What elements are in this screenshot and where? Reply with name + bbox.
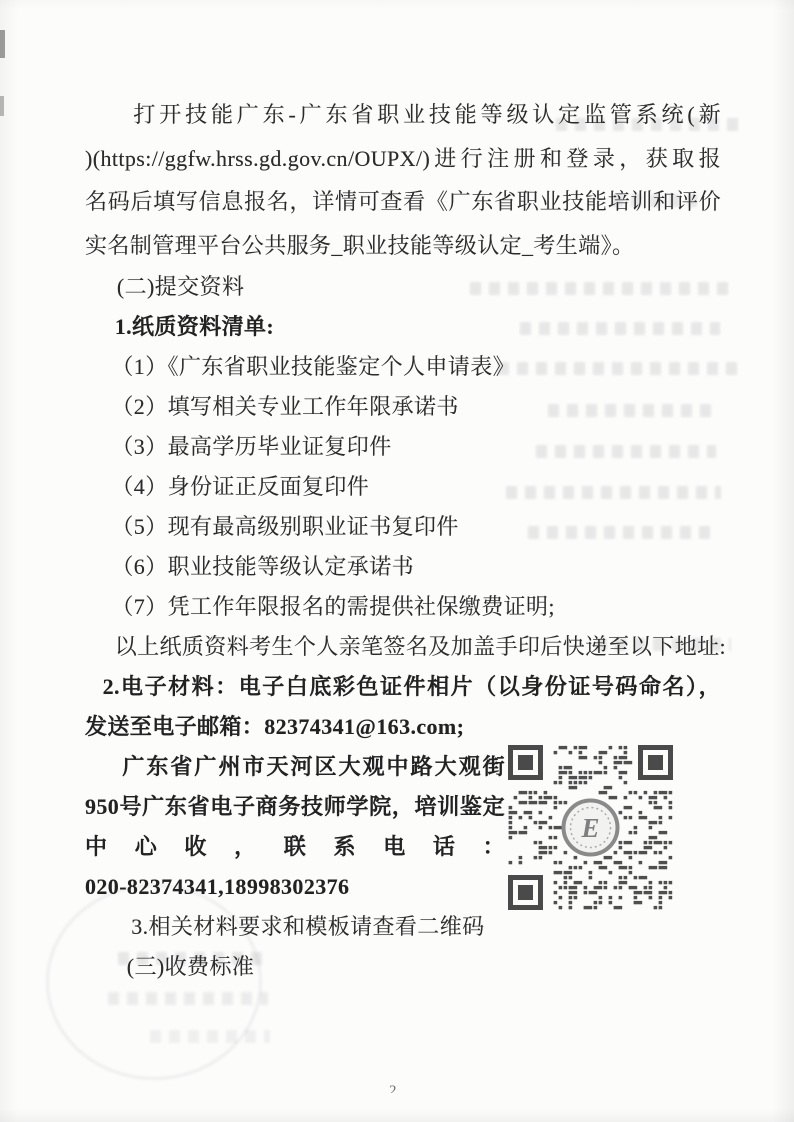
document-line: 名码后填写信息报名，详情可查看《广东省职业技能培训和评价 — [85, 180, 721, 224]
scan-edge-artifact — [0, 30, 5, 58]
qr-code-graphic: E — [508, 745, 673, 910]
scanned-document-page: 打开技能广东-广东省职业技能等级认定监管系统(新)(https://ggfw.h… — [0, 0, 794, 1122]
scan-edge-artifact — [0, 96, 4, 116]
document-line: 1.纸质资料清单: — [85, 307, 721, 347]
materials-qr-code: E — [508, 745, 673, 910]
document-line: （2）填写相关专业工作年限承诺书 — [85, 387, 721, 427]
page-number-fragment: 2 — [389, 1084, 403, 1093]
document-line: (三)收费标准 — [85, 947, 721, 987]
document-line: 020-82374341,18998302376 — [85, 867, 505, 907]
document-line: 950号广东省电子商务技师学院，培训鉴定 — [85, 787, 505, 827]
document-line: （7）凭工作年限报名的需提供社保缴费证明; — [85, 587, 721, 627]
document-line: 发送至电子邮箱：82374341@163.com; — [85, 707, 721, 747]
document-line: （4）身份证正反面复印件 — [85, 467, 721, 507]
bleed-through-artifact — [108, 992, 268, 1005]
document-line: 2.电子材料：电子白底彩色证件相片（以身份证号码命名）， — [85, 667, 721, 707]
document-line: 打开技能广东-广东省职业技能等级认定监管系统(新 — [85, 93, 721, 137]
document-line: 实名制管理平台公共服务_职业技能等级认定_考生端》。 — [85, 224, 721, 268]
document-line: 3.相关材料要求和模板请查看二维码 — [85, 907, 505, 947]
document-line: )(https://ggfw.hrss.gd.gov.cn/OUPX/)进行注册… — [85, 137, 721, 181]
seal-logo: E — [564, 801, 618, 855]
document-line: （1）《广东省职业技能鉴定个人申请表》 — [85, 347, 721, 387]
seal-glyph: E — [580, 813, 599, 843]
document-line: 以上纸质资料考生个人亲笔签名及加盖手印后快递至以下地址: — [85, 627, 721, 667]
document-line: （5）现有最高级别职业证书复印件 — [85, 507, 721, 547]
document-line: 广东省广州市天河区大观中路大观街 — [85, 747, 505, 787]
document-line: 中心收，联系电话： — [85, 827, 505, 867]
bleed-through-artifact — [150, 1030, 270, 1043]
document-line: （3）最高学历毕业证复印件 — [85, 427, 721, 467]
document-line: （6）职业技能等级认定承诺书 — [85, 547, 721, 587]
document-line: (二)提交资料 — [85, 267, 721, 307]
